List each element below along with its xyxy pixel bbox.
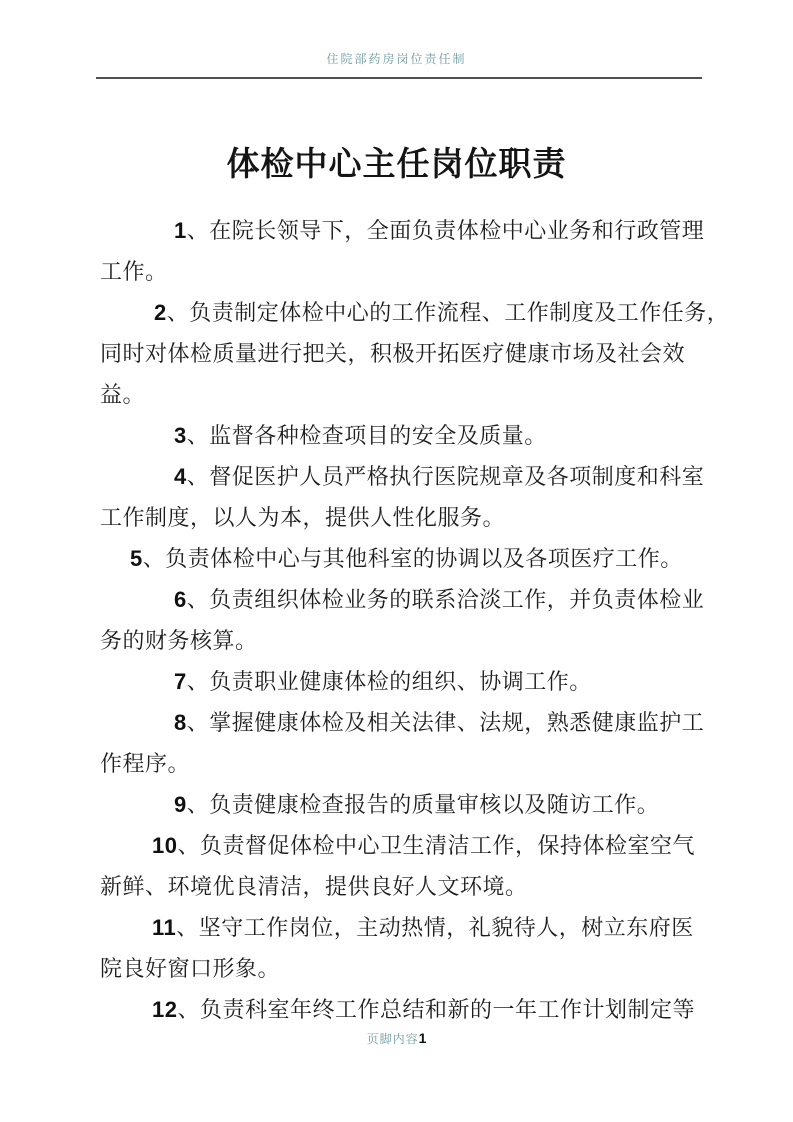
responsibility-line: 6、负责组织体检业务的联系洽淡工作，并负责体检业 [100, 579, 740, 620]
item-number: 6 [174, 587, 187, 612]
responsibility-line: 7、负责职业健康体检的组织、协调工作。 [100, 661, 740, 702]
responsibility-line: 同时对体检质量进行把关，积极开拓医疗健康市场及社会效 [100, 333, 740, 374]
responsibility-line: 12、负责科室年终工作总结和新的一年工作计划制定等 [100, 989, 740, 1030]
responsibility-line: 1、在院长领导下，全面负责体检中心业务和行政管理 [100, 210, 740, 251]
item-number: 8 [174, 710, 187, 735]
item-number: 11 [152, 915, 176, 940]
responsibility-line: 2、负责制定体检中心的工作流程、工作制度及工作任务， [100, 292, 740, 333]
responsibility-line: 9、负责健康检查报告的质量审核以及随访工作。 [100, 784, 740, 825]
item-number: 3 [174, 423, 187, 448]
item-number: 4 [174, 464, 187, 489]
footer-page-number: 1 [419, 1030, 427, 1046]
responsibility-line: 10、负责督促体检中心卫生清洁工作，保持体检室空气 [100, 825, 740, 866]
responsibility-line: 工作。 [100, 251, 740, 292]
responsibility-line: 4、督促医护人员严格执行医院规章及各项制度和科室 [100, 456, 740, 497]
page-title: 体检中心主任岗位职责 [0, 138, 793, 185]
responsibility-line: 益。 [100, 374, 740, 415]
header-divider [96, 77, 702, 79]
responsibility-line: 新鲜、环境优良清洁，提供良好人文环境。 [100, 866, 740, 907]
responsibility-line: 务的财务核算。 [100, 620, 740, 661]
responsibility-line: 工作制度，以人为本，提供人性化服务。 [100, 497, 740, 538]
item-number: 9 [174, 792, 187, 817]
page-footer: 页脚内容1 [0, 1030, 793, 1047]
responsibility-line: 8、掌握健康体检及相关法律、法规，熟悉健康监护工 [100, 702, 740, 743]
item-number: 2 [154, 300, 167, 325]
responsibility-line: 5、负责体检中心与其他科室的协调以及各项医疗工作。 [100, 538, 740, 579]
document-body: 1、在院长领导下，全面负责体检中心业务和行政管理工作。2、负责制定体检中心的工作… [100, 210, 740, 1030]
footer-label: 页脚内容 [367, 1032, 419, 1046]
document-page: 住院部药房岗位责任制 体检中心主任岗位职责 1、在院长领导下，全面负责体检中心业… [0, 0, 793, 1122]
item-number: 12 [152, 997, 177, 1022]
item-number: 10 [152, 833, 177, 858]
item-number: 5 [130, 546, 143, 571]
responsibility-line: 3、监督各种检查项目的安全及质量。 [100, 415, 740, 456]
responsibility-line: 11、坚守工作岗位，主动热情，礼貌待人，树立东府医 [100, 907, 740, 948]
responsibility-line: 院良好窗口形象。 [100, 948, 740, 989]
item-number: 1 [174, 218, 187, 243]
item-number: 7 [174, 669, 187, 694]
responsibility-line: 作程序。 [100, 743, 740, 784]
header-title: 住院部药房岗位责任制 [0, 50, 793, 67]
